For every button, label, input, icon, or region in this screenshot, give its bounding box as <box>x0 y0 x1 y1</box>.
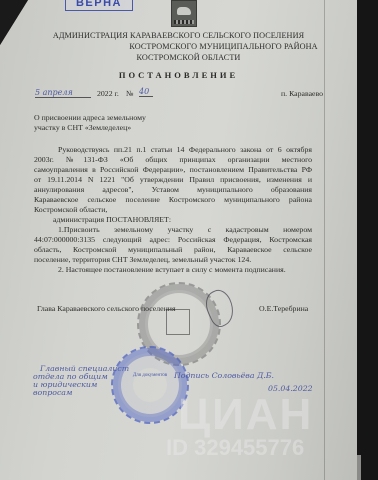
deer-figure-icon <box>177 7 191 15</box>
item1-line: область, Костромской муниципальный район… <box>34 245 312 254</box>
subject-line1: О присвоении адреса земельному <box>34 113 146 122</box>
document-title: ПОСТАНОВЛЕНИЕ <box>0 70 357 80</box>
stamp-text: Для документов <box>129 372 171 379</box>
item1-line: поселение, территория СНТ Земледелец, зе… <box>34 255 251 264</box>
body-line: самоуправления в Российской Федерации», … <box>34 165 312 174</box>
number-label: № <box>126 89 133 98</box>
header-org-line3: КОСТРОМСКОЙ ОБЛАСТИ <box>10 53 367 62</box>
item1-line: 1.Присвоить земельному участку с кадастр… <box>34 225 312 234</box>
header-org-line1: АДМИНИСТРАЦИЯ КАРАВАЕВСКОГО СЕЛЬСКОГО ПО… <box>0 31 357 40</box>
signatory-position: Глава Караваевского сельского поселения <box>37 304 176 313</box>
watermark-id: ID 329455776 <box>166 435 304 461</box>
signatory-name: О.Е.Теребрина <box>259 304 308 313</box>
date-year: 2022 г. <box>97 89 119 98</box>
body-line: Руководствуясь пп.21 п.1 статьи 14 Федер… <box>34 145 312 154</box>
watermark-brand: ЦИАН <box>178 390 313 440</box>
item2-line: 2. Настоящее постановление вступает в си… <box>58 265 286 274</box>
coat-of-arms-icon <box>171 0 197 27</box>
certified-copy-stamp: ВЕРНА <box>65 0 133 11</box>
subject-line2: участку в СНТ «Земледелец» <box>34 123 131 132</box>
resolves-line: администрация ПОСТАНОВЛЯЕТ: <box>53 215 171 224</box>
number-handwritten: 40 <box>139 87 153 97</box>
body-line: от 19.11.2014 N 1221 "Об утверждении Пра… <box>34 175 312 184</box>
body-line: 2003г. №131-ФЗ «Об общих принципах орган… <box>34 155 312 164</box>
paper-edge <box>357 455 361 480</box>
header-org-line2: КОСТРОМСКОГО МУНИЦИПАЛЬНОГО РАЙОНА <box>45 42 378 51</box>
certification-line: вопросам <box>33 388 72 397</box>
item1-line: 44:07:000000:3135 следующий адрес: Росси… <box>34 235 312 244</box>
place-name: п. Караваево <box>281 89 323 98</box>
waves-icon <box>174 20 194 24</box>
body-line: Караваевское сельское поселение Костромс… <box>34 195 312 204</box>
body-line: Костромской области, <box>34 205 107 214</box>
certifier-signature: Подпись Соловьёва Д.Б. <box>174 371 274 380</box>
date-handwritten: 5 апреля <box>35 88 91 98</box>
body-line: аннулирования адресов", Уставом муниципа… <box>34 185 312 194</box>
